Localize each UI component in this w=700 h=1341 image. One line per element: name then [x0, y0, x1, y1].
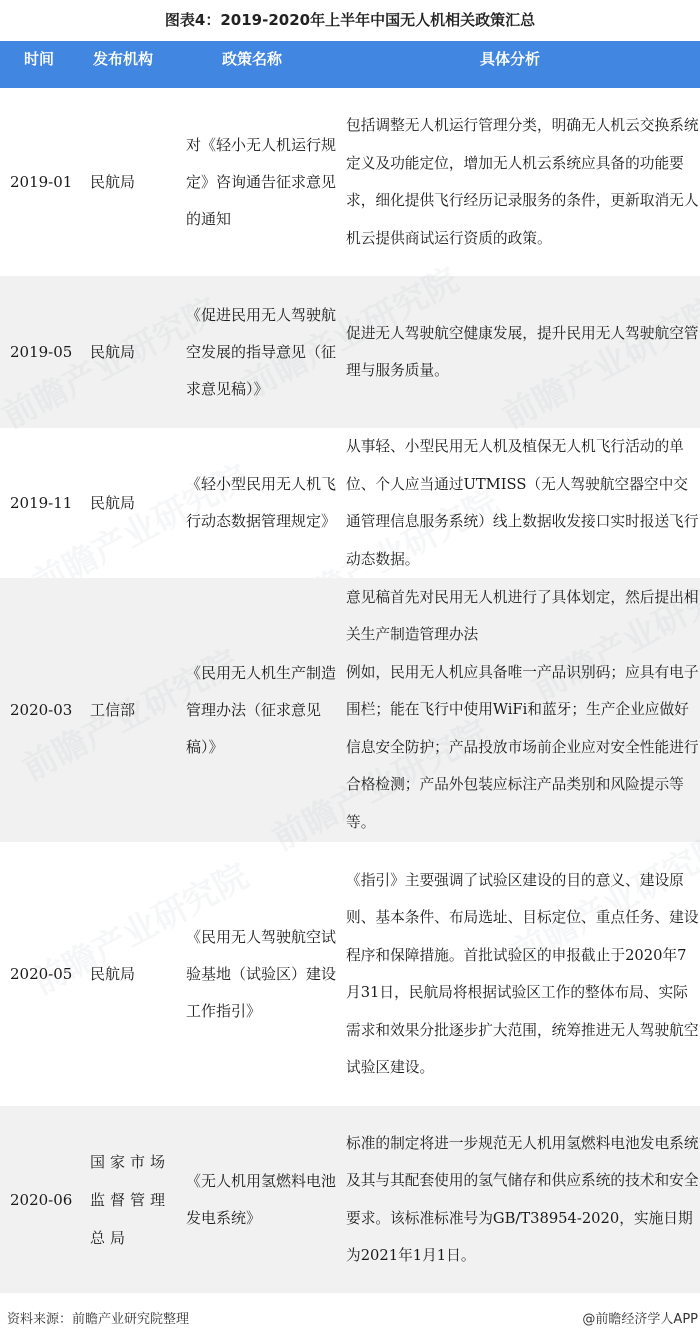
row-publisher: 民航局: [90, 88, 182, 276]
row-publisher: 工信部: [90, 578, 182, 842]
column-header-time: 时间: [24, 49, 54, 69]
row-publisher: 民航局: [90, 276, 182, 428]
table-row: 2019-01 民航局 对《轻小无人机运行规定》咨询通告征求意见的通知 包括调整…: [0, 88, 700, 276]
row-analysis-paragraph: 意见稿首先对民用无人机进行了具体划定，然后提出相关生产制造管理办法: [346, 579, 700, 654]
row-policy-name: 《民用无人驾驶航空试验基地（试验区）建设工作指引》: [186, 919, 338, 1030]
row-analysis-paragraph: 例如，民用无人机应具备唯一产品识别码；应具有电子围栏；能在飞行中使用WiFi和蓝…: [346, 654, 700, 842]
row-publisher: 国家市场监督管理总局: [90, 1143, 176, 1257]
row-date: 2020-03: [10, 578, 76, 842]
row-policy-name: 《民用无人机生产制造管理办法（征求意见稿）》: [186, 655, 338, 766]
table-row: 前瞻产业研究院 前瞻产业研究院 前瞻产业研究院 2019-05 民航局 《促进民…: [0, 276, 700, 428]
figure-title: 图表4：2019-2020年上半年中国无人机相关政策汇总: [0, 0, 700, 41]
row-analysis: 促进无人驾驶航空健康发展，提升民用无人驾驶航空管理与服务质量。: [346, 315, 700, 390]
table-header: 时间 发布机构 政策名称 具体分析: [0, 41, 700, 88]
row-analysis: 《指引》主要强调了试验区建设的目的意义、建设原则、基本条件、布局选址、目标定位、…: [346, 862, 700, 1087]
source-note: 资料来源：前瞻产业研究院整理: [7, 1308, 189, 1327]
row-publisher: 民航局: [90, 842, 182, 1106]
row-policy-name: 对《轻小无人机运行规定》咨询通告征求意见的通知: [186, 127, 338, 238]
table-row: 前瞻产业研究院 前瞻产业研究院 2020-05 民航局 《民用无人驾驶航空试验基…: [0, 842, 700, 1106]
row-analysis: 包括调整无人机运行管理分类，明确无人机云交换系统定义及功能定位，增加无人机云系统…: [346, 107, 700, 257]
row-policy-name: 《促进民用无人驾驶航空发展的指导意见（征求意见稿）》: [186, 297, 338, 408]
credit-label: @前瞻经济学人APP: [582, 1308, 698, 1327]
table-row: 前瞻产业研究院 前瞻产业研究院 2019-11 民航局 《轻小型民用无人机飞行动…: [0, 428, 700, 578]
row-analysis: 从事轻、小型民用无人机及植保无人机飞行活动的单位、个人应当通过UTMISS（无人…: [346, 428, 700, 578]
row-date: 2019-11: [10, 428, 76, 578]
row-date: 2019-05: [10, 276, 76, 428]
column-header-publisher: 发布机构: [93, 49, 153, 69]
table-row: 2020-06 国家市场监督管理总局 《无人机用氢燃料电池发电系统》 标准的制定…: [0, 1106, 700, 1293]
footer: 资料来源：前瞻产业研究院整理 @前瞻经济学人APP: [0, 1308, 700, 1332]
row-date: 2019-01: [10, 88, 76, 276]
column-header-analysis: 具体分析: [480, 49, 540, 69]
row-date: 2020-06: [10, 1106, 76, 1293]
row-publisher: 民航局: [90, 428, 182, 578]
row-analysis: 标准的制定将进一步规范无人机用氢燃料电池发电系统及其与其配套使用的氢气储存和供应…: [346, 1125, 700, 1275]
row-policy-name: 《轻小型民用无人机飞行动态数据管理规定》: [186, 466, 338, 540]
column-header-policy-name: 政策名称: [222, 49, 282, 69]
row-policy-name: 《无人机用氢燃料电池发电系统》: [186, 1163, 338, 1237]
row-date: 2020-05: [10, 842, 76, 1106]
table-row: 前瞻产业研究院 前瞻产业研究院 前瞻产业研究院 2020-03 工信部 《民用无…: [0, 578, 700, 842]
